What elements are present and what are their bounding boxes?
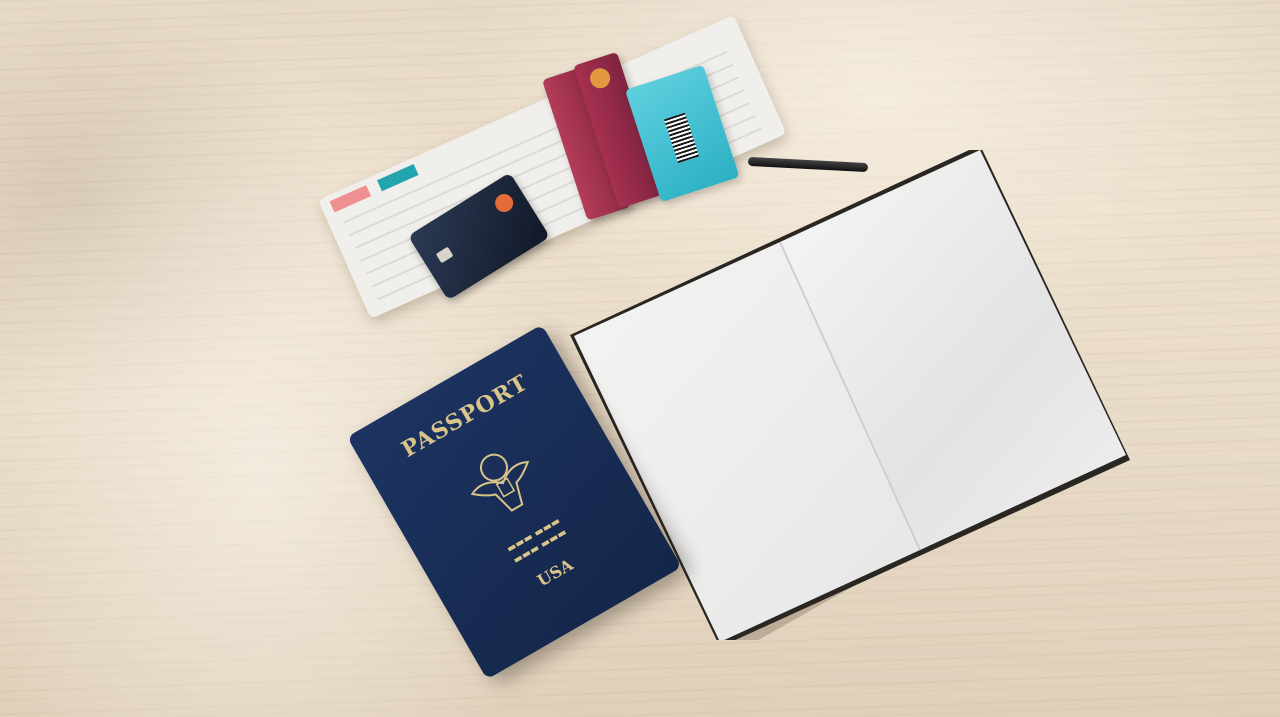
booklet-logo-icon (588, 66, 613, 91)
card-logo-icon (492, 191, 517, 216)
eagle-seal-icon (448, 429, 556, 537)
chip-icon (436, 247, 454, 264)
